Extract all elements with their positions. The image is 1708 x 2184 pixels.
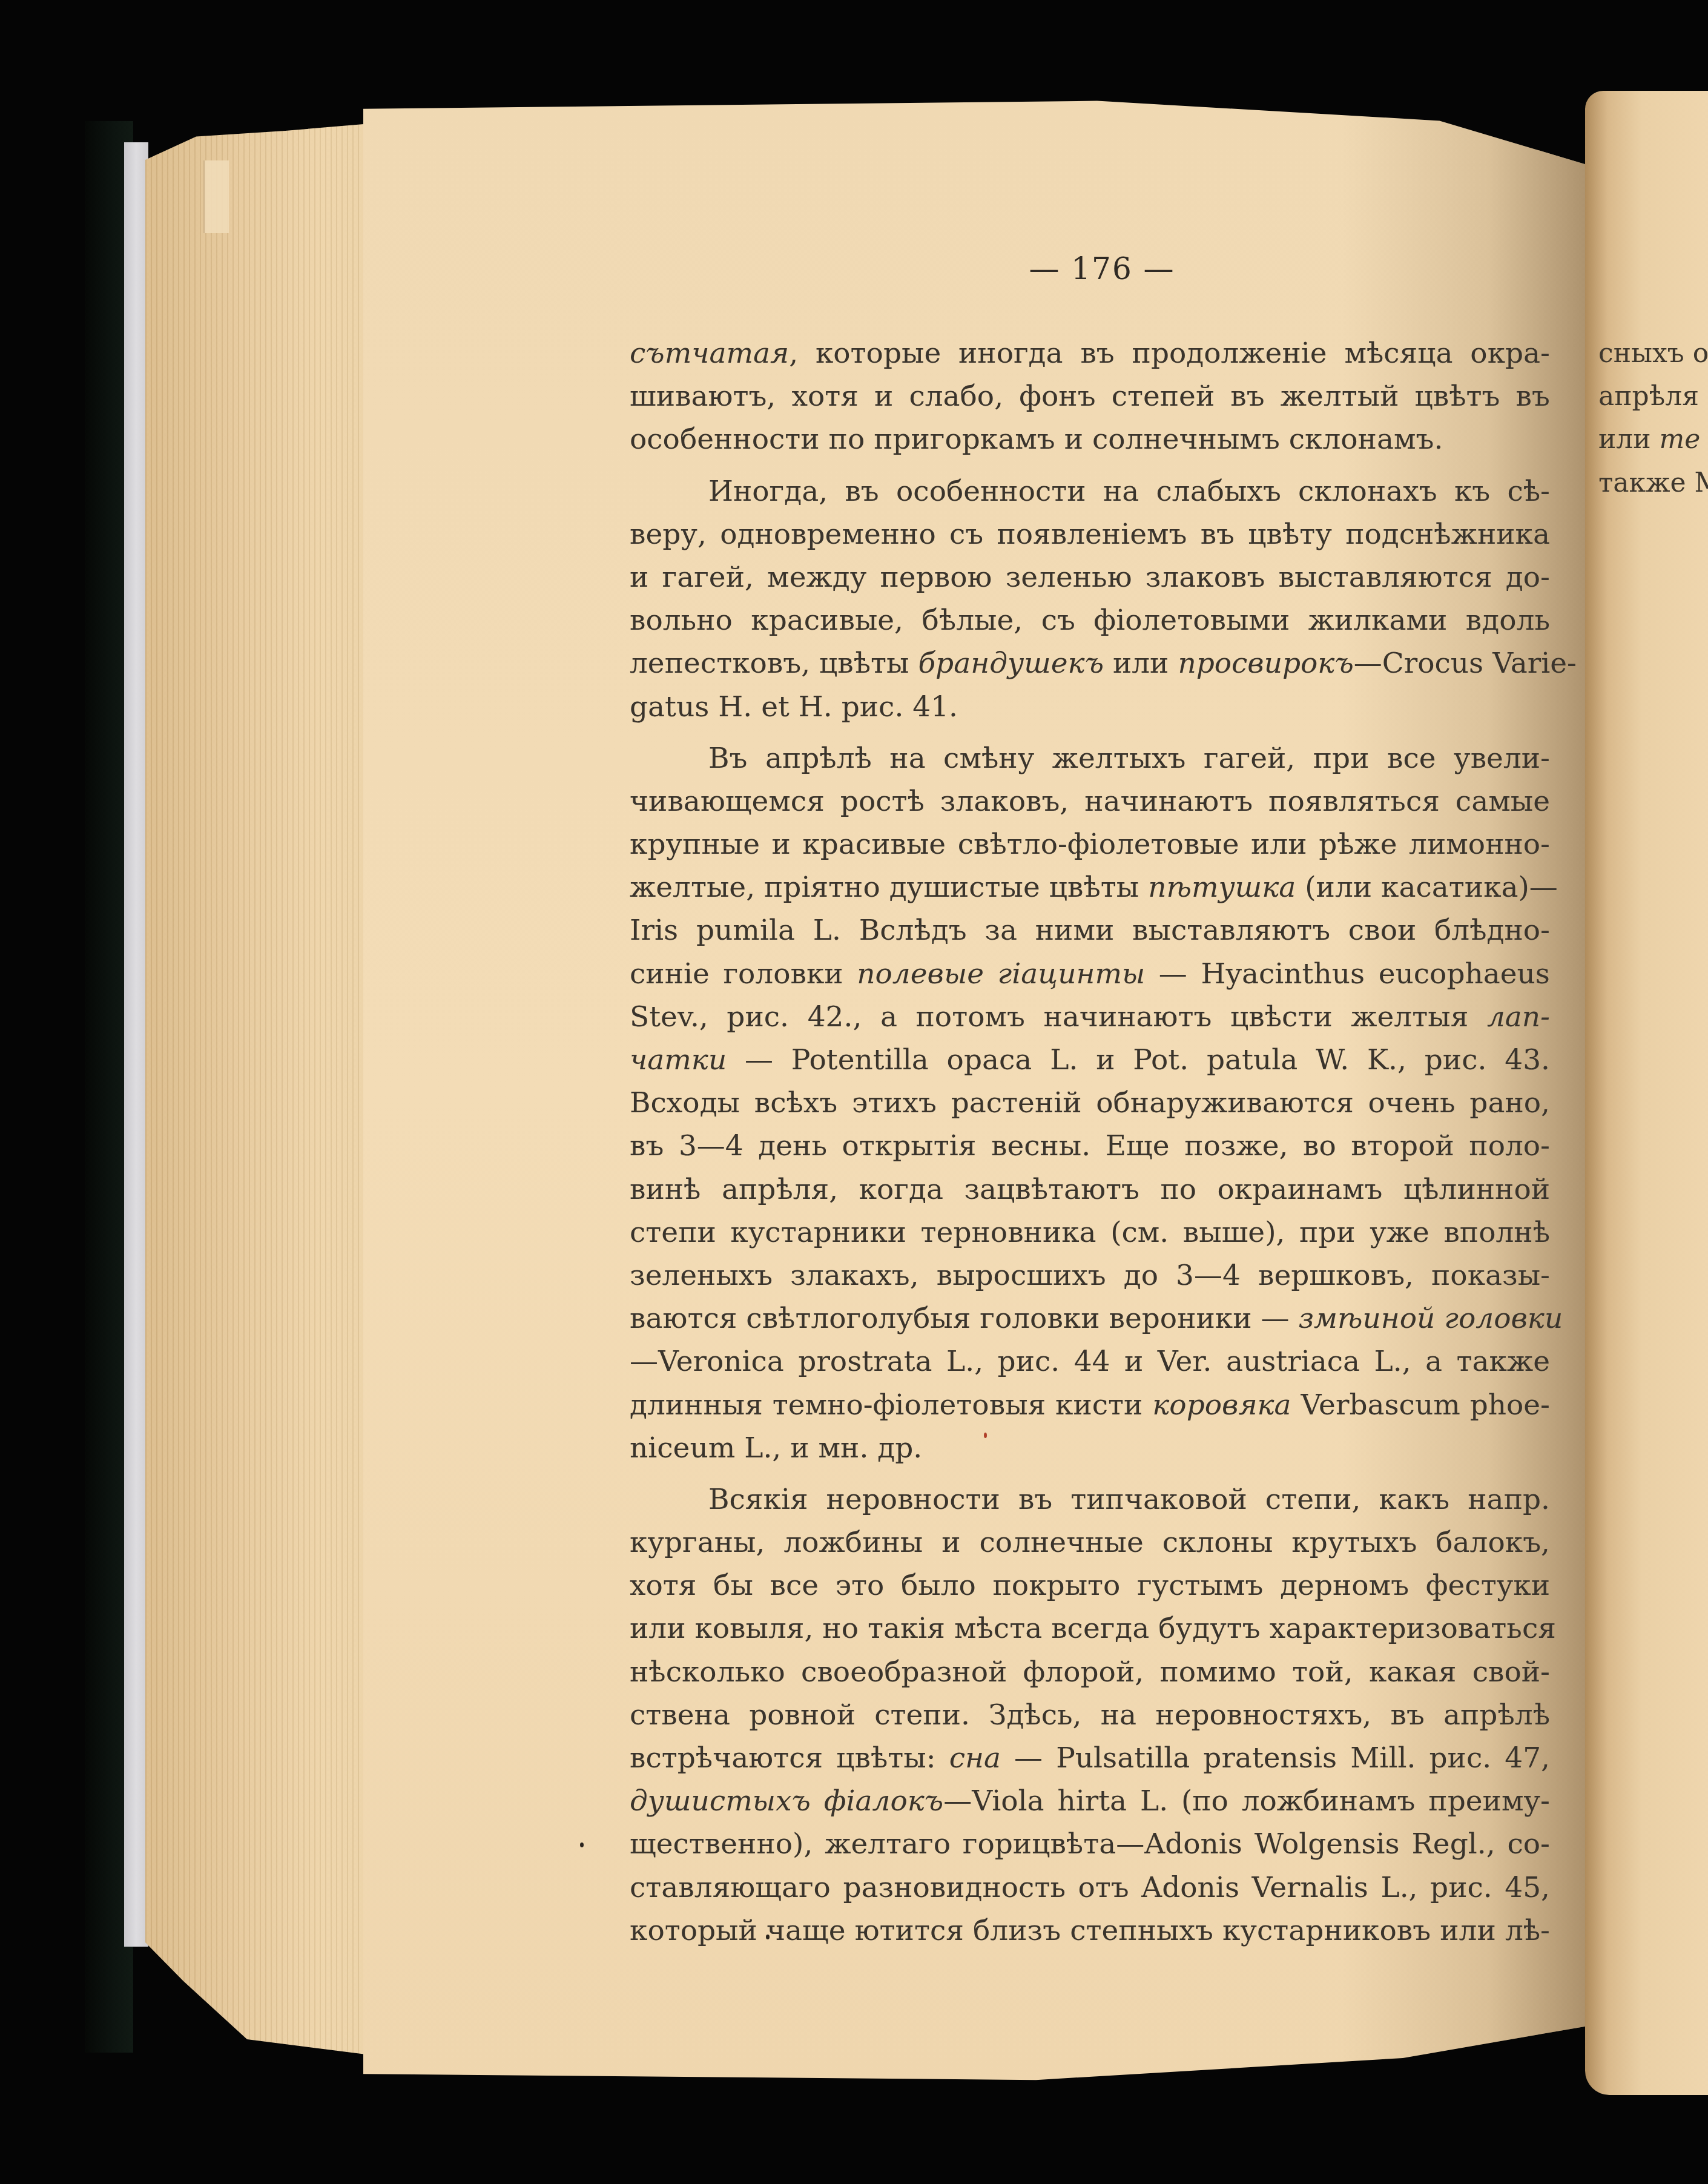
text-line: —Veronica prostrata L., рис. 44 и Ver. a… [630, 1340, 1550, 1383]
text-line: ставляющаго разновидность отъ Adonis Ver… [630, 1866, 1550, 1909]
ink-speck-red [984, 1433, 987, 1438]
text-run: —Viola hirta L. (по ложбинамъ преиму- [943, 1784, 1550, 1818]
text-run: Iris pumila L. Вслѣдъ за ними выставляют… [630, 914, 1550, 947]
text-run: желтые, пріятно душистые цвѣты [630, 871, 1148, 904]
text-line: синіе головки полевые гіацинты — Hyacint… [630, 952, 1550, 995]
torn-page-tab [203, 160, 229, 233]
italic-term: чатки [630, 1043, 727, 1077]
text-run: чивающемся ростѣ злаковъ, начинаютъ появ… [630, 785, 1550, 818]
ink-speck [580, 1843, 584, 1847]
text-line: степи кустарники терновника (см. выше), … [630, 1211, 1550, 1254]
text-line: Въ апрѣлѣ на смѣну желтыхъ гагей, при вс… [630, 737, 1550, 780]
text-line: курганы, ложбины и солнечные склоны крут… [630, 1521, 1550, 1564]
text-line: нѣсколько своеобразной флорой, помимо то… [630, 1651, 1550, 1694]
text-run: апрѣля [1598, 381, 1699, 412]
ink-speck [766, 1935, 770, 1939]
text-line: и гагей, между первою зеленью злаковъ вы… [630, 556, 1550, 599]
text-line: шиваютъ, хотя и слабо, фонъ степей въ же… [630, 375, 1550, 418]
italic-term: те [1660, 424, 1701, 455]
text-run: Въ апрѣлѣ на смѣну желтыхъ гагей, при вс… [708, 742, 1550, 775]
text-run: степи кустарники терновника (см. выше), … [630, 1216, 1550, 1249]
text-run: —Crocus Varie- [1354, 647, 1577, 680]
italic-term: змѣиной головки [1298, 1302, 1563, 1335]
text-run: встрѣчаются цвѣты: [630, 1741, 949, 1775]
text-run: крупные и красивые свѣтло-фіолетовые или… [630, 828, 1550, 861]
text-run: — Pulsatilla pratensis Mill. рис. 47, [1001, 1741, 1550, 1775]
text-line: Stev., рис. 42., а потомъ начинаютъ цвѣс… [630, 995, 1550, 1038]
text-line: чатки — Potentilla opaca L. и Pot. patul… [630, 1038, 1550, 1081]
text-run: винѣ апрѣля, когда зацвѣтаютъ по окраина… [630, 1173, 1550, 1206]
italic-term: лап- [1487, 1000, 1550, 1034]
paragraph-gap [630, 461, 1550, 470]
text-run: длинныя темно-фіолетовыя кисти [630, 1388, 1152, 1422]
text-run: лепестковъ, цвѣты [630, 647, 918, 680]
text-line: Всякія неровности въ типчаковой степи, к… [630, 1478, 1550, 1521]
paragraph-gap [630, 1470, 1550, 1478]
text-run: курганы, ложбины и солнечные склоны крут… [630, 1526, 1550, 1559]
text-run: ставляющаго разновидность отъ Adonis Ver… [630, 1871, 1550, 1904]
text-line: gatus H. et H. рис. 41. [630, 685, 1550, 728]
right-page-text-fragment: сныхъ оапрѣляили тетакже М [1598, 332, 1708, 504]
text-line: вольно красивые, бѣлые, съ фіолетовыми ж… [630, 599, 1550, 642]
text-line: ствена ровной степи. Здѣсь, на неровност… [630, 1694, 1550, 1737]
text-run: Stev., рис. 42., а потомъ начинаютъ цвѣс… [630, 1000, 1487, 1034]
text-run: или [1598, 424, 1660, 455]
text-run: —Veronica prostrata L., рис. 44 и Ver. a… [630, 1345, 1550, 1378]
text-line: сныхъ о [1598, 332, 1708, 375]
italic-term: сътчатая [630, 337, 789, 370]
text-run: нѣсколько своеобразной флорой, помимо то… [630, 1655, 1550, 1689]
text-line: ваются свѣтлоголубыя головки вероники — … [630, 1297, 1550, 1340]
text-line: чивающемся ростѣ злаковъ, начинаютъ появ… [630, 780, 1550, 823]
page-body-text: сътчатая, которые иногда въ продолженіе … [630, 332, 1550, 1952]
text-line: или ковыля, но такія мѣста всегда будутъ… [630, 1607, 1550, 1650]
text-run: и гагей, между первою зеленью злаковъ вы… [630, 561, 1550, 594]
text-line: встрѣчаются цвѣты: сна — Pulsatilla prat… [630, 1737, 1550, 1780]
text-run: зеленыхъ злакахъ, выросшихъ до 3—4 вершк… [630, 1259, 1550, 1292]
paragraph-gap [630, 728, 1550, 737]
italic-term: брандушекъ [918, 647, 1104, 680]
text-run: Verbascum phoe- [1291, 1388, 1550, 1422]
text-line: сътчатая, которые иногда въ продолженіе … [630, 332, 1550, 375]
text-line: хотя бы все это было покрыто густымъ дер… [630, 1564, 1550, 1607]
text-run: особенности по пригоркамъ и солнечнымъ с… [630, 423, 1443, 456]
text-run: сныхъ о [1598, 338, 1708, 369]
page-number: — 176 — [969, 251, 1235, 286]
text-line: лепестковъ, цвѣты брандушекъ или просвир… [630, 642, 1550, 685]
text-line: веру, одновременно съ появленіемъ въ цвѣ… [630, 513, 1550, 556]
text-run: вольно красивые, бѣлые, съ фіолетовыми ж… [630, 604, 1550, 637]
text-run: также М [1598, 467, 1708, 498]
text-line: въ 3—4 день открытія весны. Еще позже, в… [630, 1124, 1550, 1167]
text-run: Иногда, въ особенности на слабыхъ склона… [708, 475, 1550, 508]
italic-term: просвирокъ [1178, 647, 1353, 680]
text-line: душистыхъ фіалокъ—Viola hirta L. (по лож… [630, 1780, 1550, 1823]
text-run: Всякія неровности въ типчаковой степи, к… [708, 1483, 1550, 1516]
text-run: синіе головки [630, 957, 857, 991]
text-run: niceum L., и мн. др. [630, 1431, 922, 1465]
text-run: — Hyacinthus eucophaeus [1145, 957, 1550, 991]
text-line: щественно), желтаго горицвѣта—Adonis Wol… [630, 1823, 1550, 1866]
text-run: ствена ровной степи. Здѣсь, на неровност… [630, 1698, 1550, 1732]
text-line: Иногда, въ особенности на слабыхъ склона… [630, 470, 1550, 513]
italic-term: коровяка [1152, 1388, 1291, 1422]
text-run: хотя бы все это было покрыто густымъ дер… [630, 1569, 1550, 1602]
text-run: Всходы всѣхъ этихъ растеній обнаруживают… [630, 1086, 1550, 1120]
text-line: особенности по пригоркамъ и солнечнымъ с… [630, 418, 1550, 461]
text-run: въ 3—4 день открытія весны. Еще позже, в… [630, 1129, 1550, 1163]
italic-term: пѣтушка [1148, 871, 1296, 904]
text-run: щественно), желтаго горицвѣта—Adonis Wol… [630, 1827, 1550, 1861]
text-run: веру, одновременно съ появленіемъ въ цвѣ… [630, 518, 1550, 551]
text-line: niceum L., и мн. др. [630, 1427, 1550, 1470]
text-line: Iris pumila L. Вслѣдъ за ними выставляют… [630, 909, 1550, 952]
text-line: желтые, пріятно душистые цвѣты пѣтушка (… [630, 866, 1550, 909]
text-line: длинныя темно-фіолетовыя кисти коровяка … [630, 1384, 1550, 1427]
text-run: или [1104, 647, 1178, 680]
text-run: , которые иногда въ продолженіе мѣсяца о… [789, 337, 1550, 370]
text-line: крупные и красивые свѣтло-фіолетовые или… [630, 823, 1550, 866]
italic-term: полевые гіацинты [857, 957, 1145, 991]
text-run: который чаще ютится близъ степныхъ куста… [630, 1914, 1550, 1947]
endpaper-strip [124, 142, 148, 1947]
italic-term: душистыхъ фіалокъ [630, 1784, 943, 1818]
text-run: gatus H. et H. рис. 41. [630, 690, 958, 724]
text-line: апрѣля [1598, 375, 1708, 418]
text-line: Всходы всѣхъ этихъ растеній обнаруживают… [630, 1081, 1550, 1124]
text-line: винѣ апрѣля, когда зацвѣтаютъ по окраина… [630, 1168, 1550, 1211]
italic-term: сна [949, 1741, 1001, 1775]
text-run: или ковыля, но такія мѣста всегда будутъ… [630, 1612, 1556, 1645]
text-run: шиваютъ, хотя и слабо, фонъ степей въ же… [630, 380, 1550, 413]
text-run: — Potentilla opaca L. и Pot. patula W. K… [727, 1043, 1550, 1077]
page-stack-fore-edge [145, 121, 400, 2059]
text-line: зеленыхъ злакахъ, выросшихъ до 3—4 вершк… [630, 1254, 1550, 1297]
text-line: также М [1598, 461, 1708, 504]
text-line: или те [1598, 418, 1708, 461]
text-run: ваются свѣтлоголубыя головки вероники — [630, 1302, 1298, 1335]
text-line: который чаще ютится близъ степныхъ куста… [630, 1909, 1550, 1952]
text-run: (или касатика)— [1296, 871, 1558, 904]
